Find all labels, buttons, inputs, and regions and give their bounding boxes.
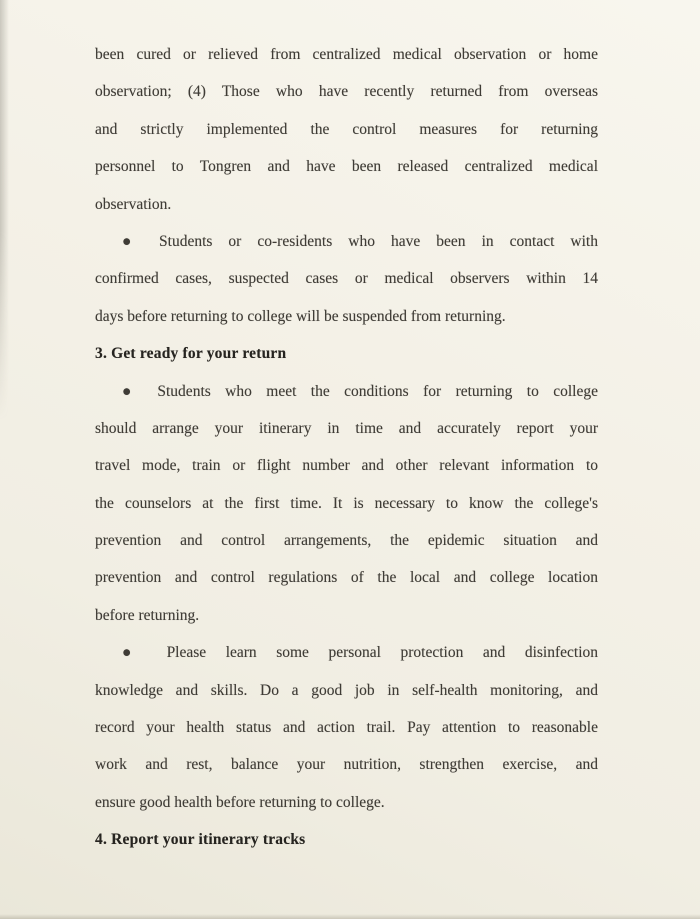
- text-line: knowledge and skills. Do a good job in s…: [95, 672, 598, 709]
- text-line: work and rest, balance your nutrition, s…: [95, 746, 598, 783]
- text-line: confirmed cases, suspected cases or medi…: [95, 260, 598, 297]
- page-left-edge-shadow: [0, 0, 9, 420]
- text-line: observation.: [95, 186, 598, 223]
- document-text-block: been cured or relieved from centralized …: [95, 36, 598, 859]
- text-line: record your health status and action tra…: [95, 709, 598, 746]
- text-line: ● Please learn some personal protection …: [95, 634, 598, 671]
- text-line: prevention and control arrangements, the…: [95, 522, 598, 559]
- text-line: personnel to Tongren and have been relea…: [95, 148, 598, 185]
- text-line: been cured or relieved from centralized …: [95, 36, 598, 73]
- document-page: been cured or relieved from centralized …: [0, 0, 700, 919]
- text-line: days before returning to college will be…: [95, 298, 598, 335]
- text-line: ensure good health before returning to c…: [95, 784, 598, 821]
- text-line: prevention and control regulations of th…: [95, 559, 598, 596]
- section-heading: 4. Report your itinerary tracks: [95, 821, 598, 858]
- text-line: observation; (4) Those who have recently…: [95, 73, 598, 110]
- text-line: ● Students or co-residents who have been…: [95, 223, 598, 260]
- text-line: and strictly implemented the control mea…: [95, 111, 598, 148]
- text-line: the counselors at the first time. It is …: [95, 485, 598, 522]
- text-line: should arrange your itinerary in time an…: [95, 410, 598, 447]
- text-line: travel mode, train or flight number and …: [95, 447, 598, 484]
- text-line: ● Students who meet the conditions for r…: [95, 373, 598, 410]
- text-line: before returning.: [95, 597, 598, 634]
- section-heading: 3. Get ready for your return: [95, 335, 598, 372]
- page-bottom-edge-shadow: [0, 914, 700, 919]
